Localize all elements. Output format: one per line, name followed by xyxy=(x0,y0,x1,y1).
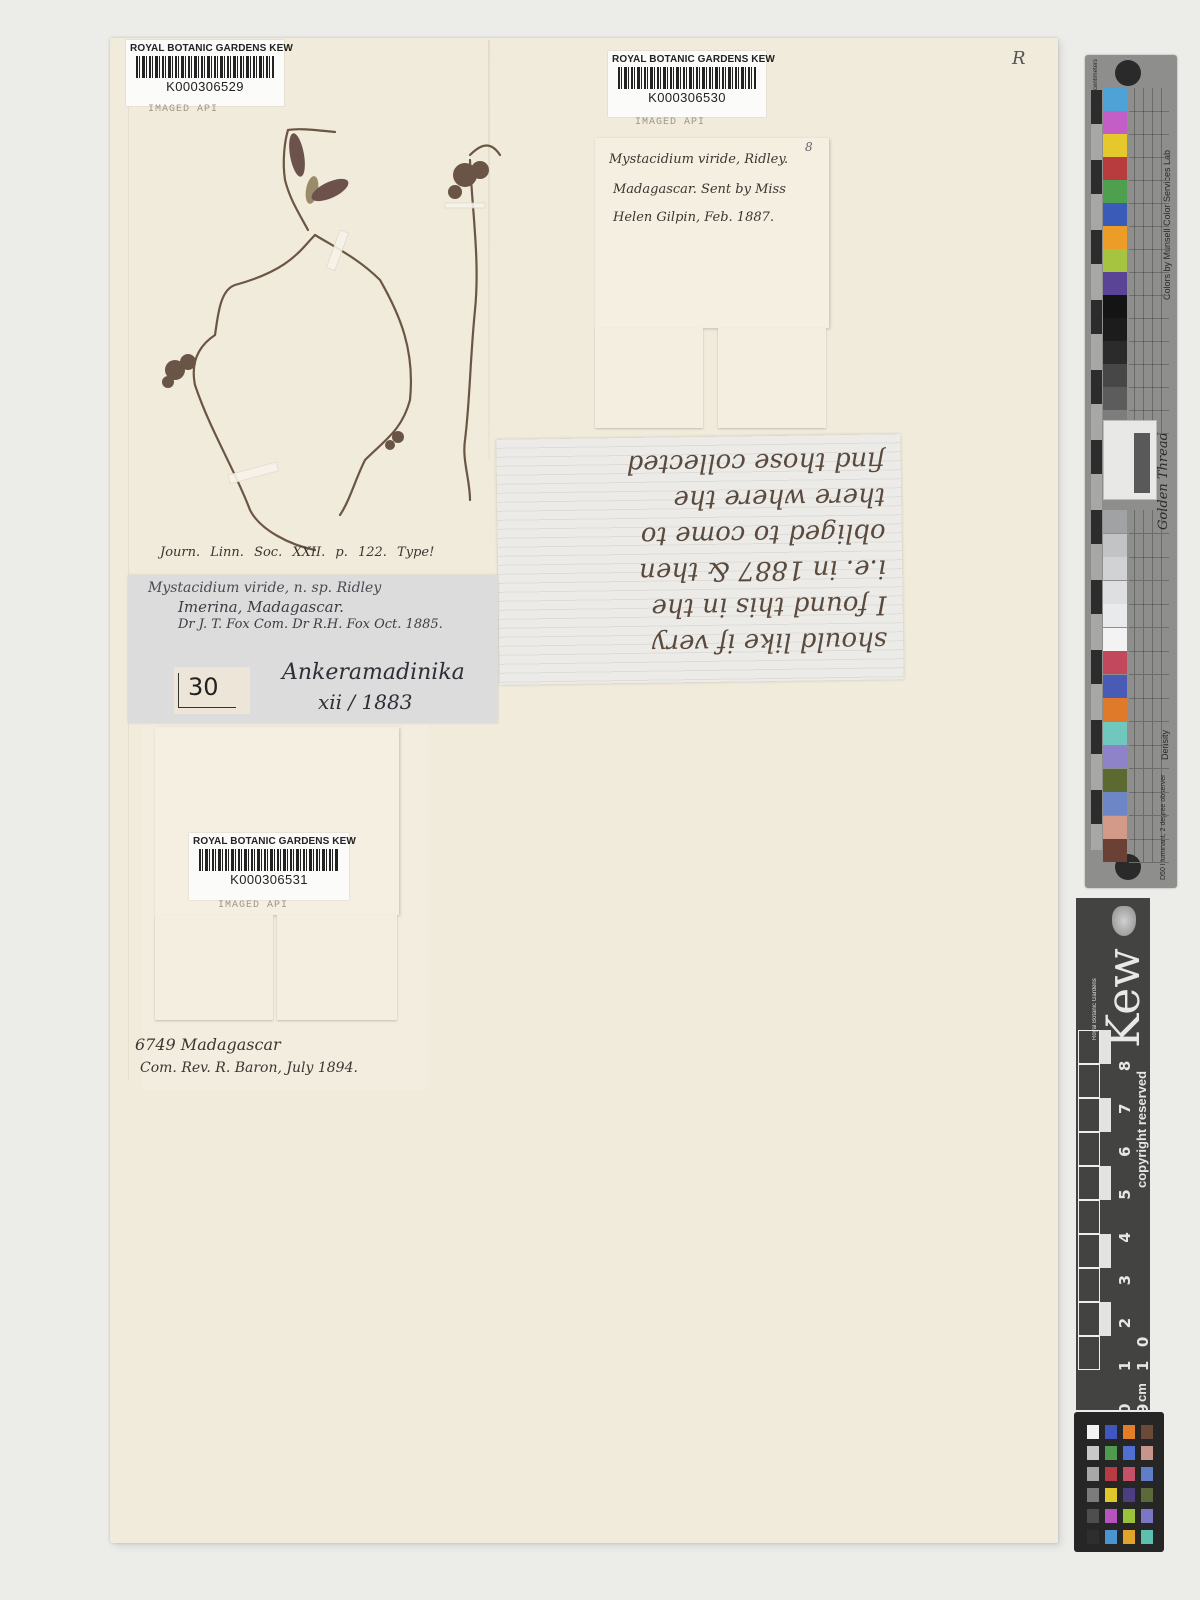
scale-block-white xyxy=(1100,1166,1111,1200)
baron-line-2: Com. Rev. R. Baron, July 1894. xyxy=(140,1060,358,1076)
scale-unit: cm xyxy=(1134,1378,1149,1402)
corner-mark: R xyxy=(1012,48,1026,69)
checker-chip xyxy=(1123,1467,1135,1481)
barcode-institution: ROYAL BOTANIC GARDENS KEW xyxy=(193,836,345,847)
scale-block xyxy=(1078,1064,1100,1098)
collection-date: xii / 1883 xyxy=(318,690,412,714)
scale-block-white xyxy=(1100,1098,1111,1132)
color-swatch xyxy=(1103,203,1127,226)
checker-chip xyxy=(1123,1425,1135,1439)
color-swatch xyxy=(1103,318,1127,341)
checker-chip xyxy=(1141,1488,1153,1502)
checker-chip xyxy=(1105,1425,1117,1439)
swatch-values xyxy=(1129,157,1169,181)
scale-block-white xyxy=(1100,1302,1111,1336)
letter-fragment: should like if very I found this in the … xyxy=(496,434,903,685)
swatch-values xyxy=(1129,249,1169,273)
checker-chip xyxy=(1105,1488,1117,1502)
swatch-values xyxy=(1129,628,1169,652)
swatch-values xyxy=(1129,651,1169,675)
color-swatch xyxy=(1103,341,1127,364)
color-swatch xyxy=(1103,839,1127,862)
checker-chip xyxy=(1087,1446,1099,1460)
checker-chip xyxy=(1141,1425,1153,1439)
checker-chip xyxy=(1123,1509,1135,1523)
checker-chip xyxy=(1123,1530,1135,1544)
color-swatch xyxy=(1103,88,1127,111)
barcode-id: K000306529 xyxy=(130,79,280,94)
strip-hole-icon xyxy=(1115,60,1141,86)
scale-block-white xyxy=(1100,1030,1111,1064)
checker-chip xyxy=(1087,1530,1099,1544)
kew-logo-sub: Royal Botanic Gardens xyxy=(1092,960,1098,1040)
step-wedge-insert xyxy=(1103,420,1157,500)
swatch-values xyxy=(1129,272,1169,296)
color-swatch xyxy=(1103,557,1127,580)
barcode-label-1: ROYAL BOTANIC GARDENS KEW K000306529 xyxy=(126,40,284,106)
imaged-stamp: IMAGED API xyxy=(635,117,705,128)
collector-line-1: Mystacidium viride, n. sp. Ridley xyxy=(148,580,381,596)
swatch-values xyxy=(1129,510,1169,534)
color-swatch xyxy=(1103,534,1127,557)
ridley-label: Mystacidium viride, Ridley. Madagascar. … xyxy=(595,138,829,328)
scale-block xyxy=(1078,1200,1100,1234)
color-swatch xyxy=(1103,387,1127,410)
color-swatch xyxy=(1103,272,1127,295)
collector-line-2: Imerina, Madagascar. xyxy=(178,598,344,616)
color-swatch xyxy=(1103,581,1127,604)
color-swatch xyxy=(1103,651,1127,674)
barcode-id: K000306531 xyxy=(193,872,345,887)
barcode-label-3: ROYAL BOTANIC GARDENS KEW K000306531 xyxy=(189,833,349,900)
color-swatch xyxy=(1103,769,1127,792)
kew-crest-icon xyxy=(1112,906,1136,936)
color-swatch xyxy=(1103,792,1127,815)
checker-chip xyxy=(1123,1446,1135,1460)
scale-block xyxy=(1078,1030,1100,1064)
color-swatch xyxy=(1103,295,1127,318)
color-swatch xyxy=(1103,628,1127,651)
page-mark: 8 xyxy=(805,140,813,154)
color-swatch xyxy=(1103,180,1127,203)
color-swatch xyxy=(1103,722,1127,745)
sheet-edge-shadow xyxy=(128,40,129,1080)
checker-chip xyxy=(1141,1509,1153,1523)
swatch-values xyxy=(1129,769,1169,793)
scale-block xyxy=(1078,1098,1100,1132)
swatch-values xyxy=(1129,745,1169,769)
swatch-values xyxy=(1129,180,1169,204)
scale-block xyxy=(1078,1166,1100,1200)
copyright-text: copyright reserved xyxy=(1134,1048,1149,1188)
color-swatch xyxy=(1103,364,1127,387)
swatch-values xyxy=(1129,341,1169,365)
packet-flap-right xyxy=(718,328,826,428)
ridley-line-3: Helen Gilpin, Feb. 1887. xyxy=(613,210,774,225)
checker-chip xyxy=(1087,1425,1099,1439)
checker-chip xyxy=(1105,1530,1117,1544)
swatch-values xyxy=(1129,816,1169,840)
letter-text: should like if very I found this in the … xyxy=(496,434,903,672)
checker-chip xyxy=(1087,1467,1099,1481)
color-swatch xyxy=(1103,111,1127,134)
collection-number: 30 xyxy=(188,673,219,701)
packet-flap-left xyxy=(595,328,703,428)
color-swatch xyxy=(1103,745,1127,768)
number-box: 30 xyxy=(174,667,250,714)
checker-chip xyxy=(1105,1467,1117,1481)
baron-line-1: 6749 Madagascar xyxy=(135,1035,281,1054)
swatch-values xyxy=(1129,364,1169,388)
swatch-values xyxy=(1129,88,1169,112)
swatch-values xyxy=(1129,111,1169,135)
barcode-institution: ROYAL BOTANIC GARDENS KEW xyxy=(130,43,280,54)
swatch-values xyxy=(1129,226,1169,250)
color-swatch xyxy=(1103,675,1127,698)
swatch-values xyxy=(1129,203,1169,227)
ridley-line-2: Madagascar. Sent by Miss xyxy=(613,182,786,197)
color-swatch xyxy=(1103,157,1127,180)
checker-chip xyxy=(1123,1488,1135,1502)
barcode-icon xyxy=(618,67,756,89)
packet-flap-left xyxy=(155,915,273,1020)
swatch-values xyxy=(1129,698,1169,722)
barcode-icon xyxy=(199,849,339,871)
swatch-values xyxy=(1129,722,1169,746)
barcode-icon xyxy=(136,56,274,78)
swatch-values xyxy=(1129,581,1169,605)
swatch-values xyxy=(1129,675,1169,699)
scale-block xyxy=(1078,1234,1100,1268)
checker-chip xyxy=(1141,1446,1153,1460)
strip-units: centimeters xyxy=(1093,56,1099,90)
color-swatch xyxy=(1103,816,1127,839)
checker-chip xyxy=(1105,1509,1117,1523)
color-swatch xyxy=(1103,134,1127,157)
scale-block-white xyxy=(1100,1234,1111,1268)
locality: Ankeramadinika xyxy=(282,660,465,685)
imaged-stamp: IMAGED API xyxy=(218,900,288,911)
collector-line-3: Dr J. T. Fox Com. Dr R.H. Fox Oct. 1885. xyxy=(178,617,443,632)
scale-block xyxy=(1078,1268,1100,1302)
color-swatch xyxy=(1103,226,1127,249)
color-swatch xyxy=(1103,604,1127,627)
swatch-values xyxy=(1129,604,1169,628)
strip-ruler xyxy=(1091,90,1102,850)
barcode-label-2: ROYAL BOTANIC GARDENS KEW K000306530 xyxy=(608,51,766,117)
scale-block xyxy=(1078,1132,1100,1166)
checker-chip xyxy=(1141,1530,1153,1544)
swatch-values xyxy=(1129,295,1169,319)
plant-specimen xyxy=(140,100,520,560)
color-swatch xyxy=(1103,510,1127,533)
checker-chip xyxy=(1105,1446,1117,1460)
scale-block xyxy=(1078,1302,1100,1336)
barcode-institution: ROYAL BOTANIC GARDENS KEW xyxy=(612,54,762,65)
swatch-values xyxy=(1129,387,1169,411)
packet-flap-right xyxy=(277,915,397,1020)
scale-block xyxy=(1078,1336,1100,1370)
color-swatch xyxy=(1103,698,1127,721)
checker-chip xyxy=(1087,1509,1099,1523)
color-swatch xyxy=(1103,249,1127,272)
reference-note: Journ. Linn. Soc. XXII. p. 122. Type! xyxy=(160,545,434,560)
swatch-values xyxy=(1129,134,1169,158)
ridley-line-1: Mystacidium viride, Ridley. xyxy=(609,152,788,167)
checker-chip xyxy=(1087,1488,1099,1502)
swatch-values xyxy=(1129,318,1169,342)
swatch-values xyxy=(1129,534,1169,558)
swatch-values xyxy=(1129,792,1169,816)
swatch-values xyxy=(1129,557,1169,581)
checker-chip xyxy=(1141,1467,1153,1481)
swatch-values xyxy=(1129,839,1169,863)
barcode-id: K000306530 xyxy=(612,90,762,105)
